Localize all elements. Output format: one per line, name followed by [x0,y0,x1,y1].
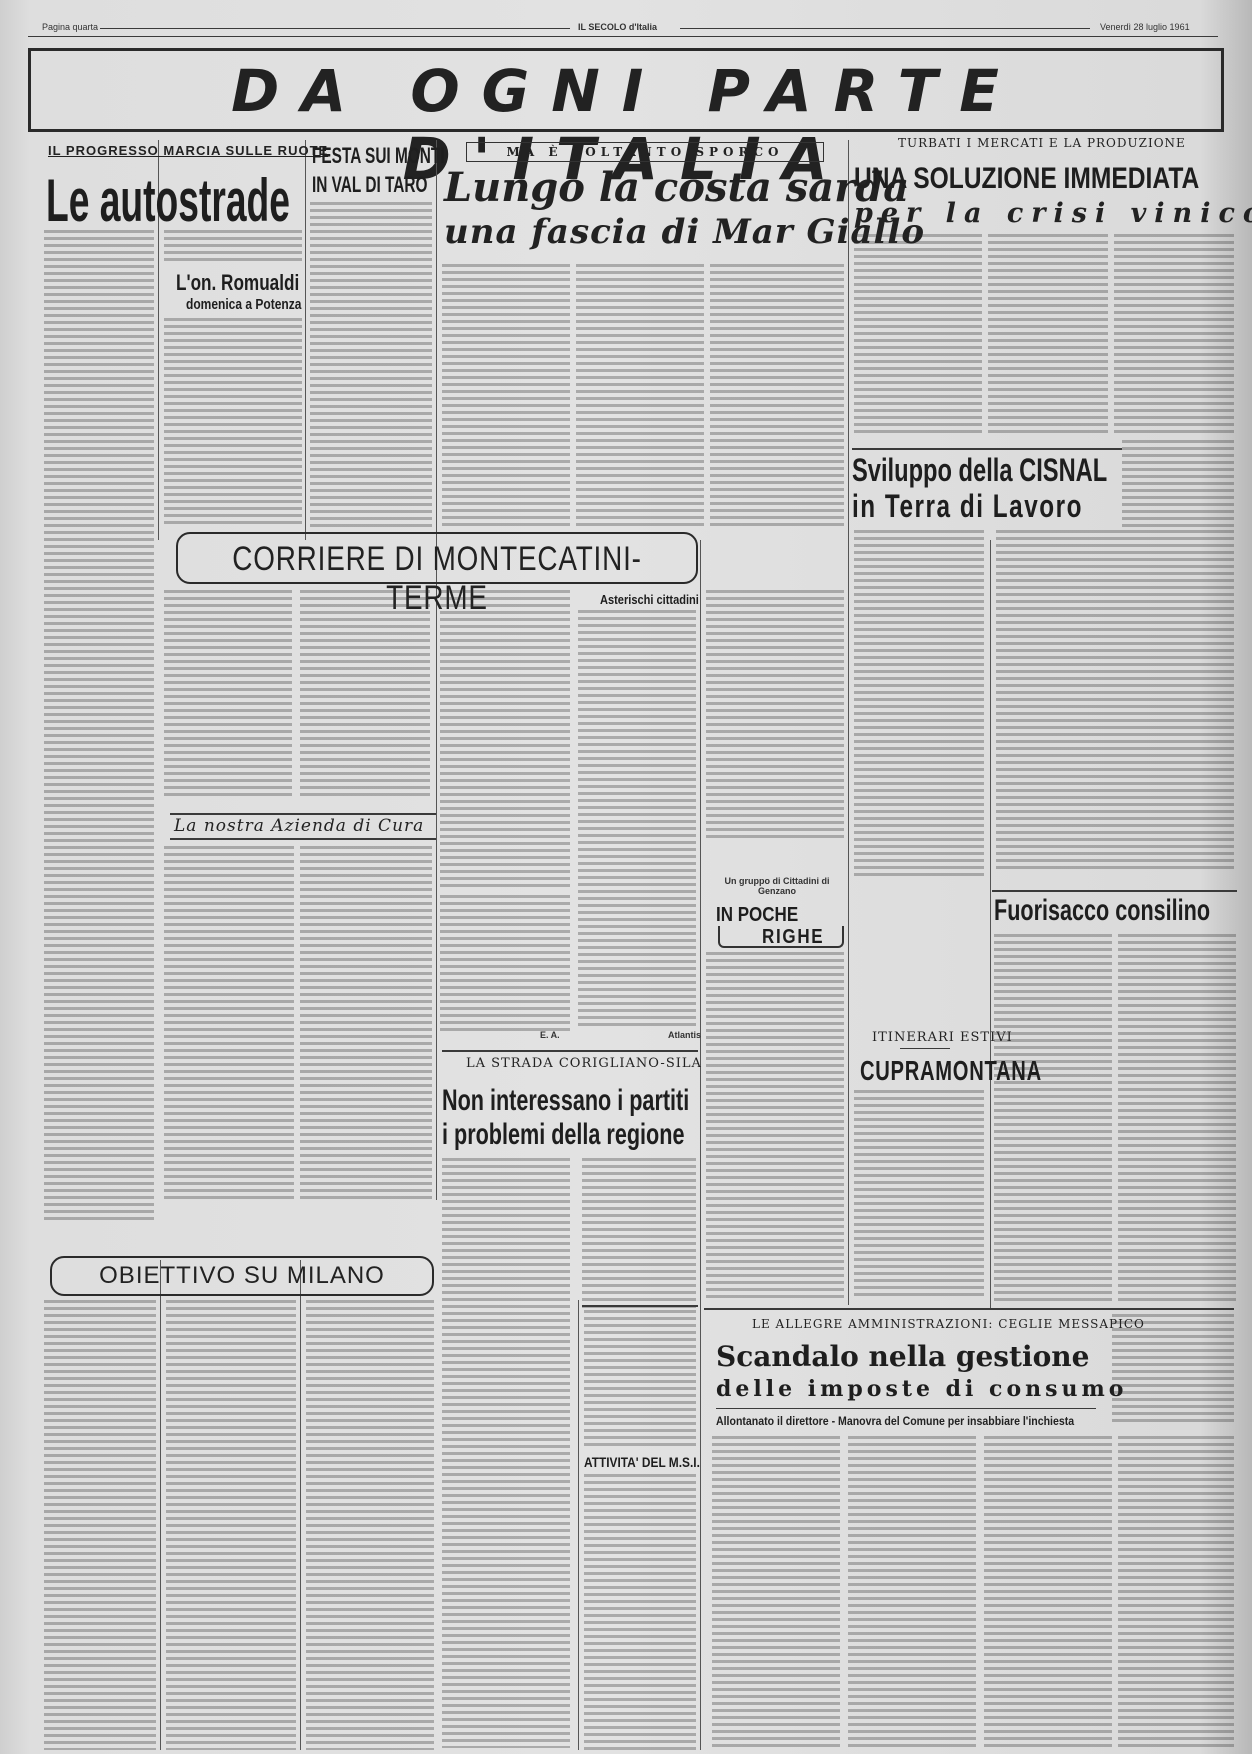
signature-ea: E. A. [540,1030,560,1040]
cupramontana-body [854,1090,984,1300]
column-rule [990,540,991,1310]
azienda-rule-top [170,813,436,815]
corigliano-headline-1: Non interessano i partiti [442,1084,689,1118]
cisnal-headline-2: in Terra di Lavoro [852,488,1083,525]
fuorisacco-body-2 [1118,934,1236,1304]
milano-body-1 [44,1300,156,1750]
asterischi-headline: Asterischi cittadini [600,592,699,607]
section-masthead: DA OGNI PARTE D'ITALIA [28,48,1224,132]
msi-headline: ATTIVITA' DEL M.S.I. [584,1454,700,1470]
sardegna-headline-1: Lungo la costa sarda [444,164,909,211]
in-poche-righe-body [706,952,844,1302]
autostrade-body [44,230,154,1220]
column-rule [578,1300,579,1750]
asterischi-body [578,610,696,1030]
vinicola-headline-1: UNA SOLUZIONE IMMEDIATA [854,162,1199,196]
newspaper-page: Pagina quarta IL SECOLO d'Italia Venerdì… [0,0,1252,1754]
montecatini-body-2 [300,590,430,800]
in-poche-righe-line2: RIGHE [762,926,824,949]
cupramontana-kicker: ITINERARI ESTIVI [872,1030,1013,1045]
vinicola-body-cont [1122,440,1234,530]
milano-body-2 [166,1300,296,1750]
ceglie-headline-2: delle imposte di consumo [716,1376,1127,1402]
azienda-rule-bottom [170,838,436,840]
header-underline [28,36,1218,37]
in-poche-righe-line1: IN POCHE [716,904,798,927]
column-rule [300,1260,301,1750]
fuorisacco-headline: Fuorisacco consilino [994,894,1210,928]
vinicola-body-1 [854,234,982,434]
fuorisacco-body-1 [994,934,1112,1304]
corigliano-rule [442,1050,698,1052]
ceglie-subhead: Allontanato il direttore - Manovra del C… [716,1414,1074,1428]
column-rule [160,1260,161,1750]
autostrade-kicker: IL PROGRESSO MARCIA SULLE RUOTE [48,143,328,158]
ceglie-col-rule [582,1305,698,1307]
signature-atlantis: Atlantis [668,1030,701,1040]
montecatini-body-3 [440,590,570,890]
header-rule-left [100,28,570,29]
letter-signature: Un gruppo di Cittadini di Genzano [712,876,842,896]
page-label: Pagina quarta [42,22,98,32]
corigliano-headline-2: i problemi della regione [442,1118,684,1152]
sardegna-body-1 [442,264,570,529]
cisnal-headline-1: Sviluppo della CISNAL [852,452,1107,489]
romualdi-headline-2: domenica a Potenza [186,296,301,313]
ceglie-body-1 [712,1436,840,1750]
festa-headline-1: FESTA SUI MONTI [312,143,445,169]
romualdi-body [164,318,302,528]
header-rule-right [680,28,1090,29]
ceglie-body-2 [848,1436,976,1750]
festa-headline-2: IN VAL DI TARO [312,172,428,198]
milano-banner: OBIETTIVO SU MILANO [52,1262,432,1290]
column-rule [848,140,849,1305]
column-rule [700,540,701,1750]
romualdi-headline-1: L'on. Romualdi [176,270,299,296]
ceglie-body-4 [1118,1436,1234,1750]
corigliano-body-1 [442,1158,570,1748]
festa-body [310,202,432,528]
ceglie-side-body [1112,1314,1234,1424]
ceglie-body-left [584,1310,696,1448]
montecatini-body-1 [164,590,292,800]
sardegna-kicker: MA È SOLTANTO SPORCO [467,143,823,161]
newspaper-name: IL SECOLO d'Italia [578,22,657,32]
sardegna-body-3 [710,264,844,529]
cupramontana-rule [900,1048,950,1049]
azienda-body-2 [300,846,432,1201]
ceglie-body-3 [984,1436,1112,1750]
milano-body-3 [306,1300,434,1750]
column-rule [305,140,306,540]
msi-body [584,1474,696,1750]
azienda-body-3 [440,895,570,1035]
autostrade-body-cont [164,230,302,264]
ceglie-kicker: LE ALLEGRE AMMINISTRAZIONI: CEGLIE MESSA… [752,1317,1145,1331]
vinicola-body-2 [988,234,1108,434]
montecatini-banner-box: CORRIERE DI MONTECATINI-TERME [176,532,698,584]
ceglie-headline-1: Scandalo nella gestione [716,1340,1089,1373]
azienda-body-1 [164,846,294,1201]
ceglie-rule-mid [716,1408,1096,1409]
issue-date: Venerdì 28 luglio 1961 [1100,22,1190,32]
vinicola-body-3 [1114,234,1234,434]
vinicola-headline-2: per la crisi vinicola [854,198,1252,229]
azienda-subhead: La nostra Azienda di Cura [174,816,424,836]
corigliano-kicker: LA STRADA CORIGLIANO-SILA [466,1056,702,1071]
vinicola-kicker: TURBATI I MERCATI E LA PRODUZIONE [898,136,1186,150]
cisnal-body-1 [854,530,984,880]
ceglie-rule-top [704,1308,1234,1310]
sardegna-headline-2: una fascia di Mar Giallo [444,212,925,252]
letter-body [706,590,844,838]
cisnal-rule [852,448,1122,450]
column-rule [436,140,437,1200]
corigliano-body-2 [582,1158,696,1308]
fuorisacco-rule [992,890,1237,892]
sardegna-body-2 [576,264,704,529]
cupramontana-headline: CUPRAMONTANA [860,1055,1042,1087]
sardegna-kicker-box: MA È SOLTANTO SPORCO [466,142,824,162]
milano-banner-box: OBIETTIVO SU MILANO [50,1256,434,1296]
autostrade-headline: Le autostrade [46,166,290,235]
cisnal-body-2 [996,530,1234,870]
